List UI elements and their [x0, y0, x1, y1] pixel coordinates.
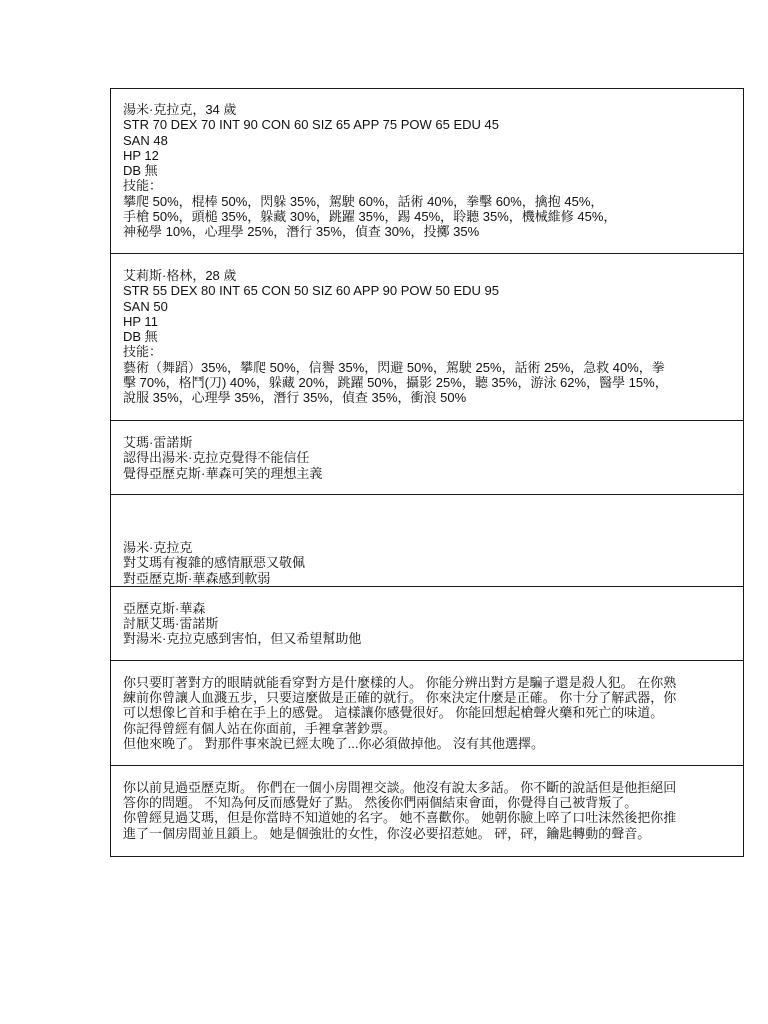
table-row-emma-relations: 艾瑪·雷諾斯 認得出湯米·克拉克覺得不能信任 覺得亞歷克斯·華森可笑的理想主義 [111, 421, 744, 495]
table-cell: 艾莉斯·格林，28 歲 STR 55 DEX 80 INT 65 CON 50 … [111, 254, 744, 421]
relation-line: 對湯米·克拉克感到害怕，但又希望幫助他 [123, 631, 731, 646]
backstory-line: 可以想像匕首和手槍在手上的感覺。 這樣讓你感覺很好。 你能回想起槍聲火藥和死亡的… [123, 705, 731, 720]
skills-line: 說服 35%，心理學 35%，潛行 35%，偵查 35%，衝浪 50% [123, 390, 731, 405]
character-name-age: 湯米·克拉克，34 歲 [123, 102, 731, 117]
cell-content: 你只要盯著對方的眼睛就能看穿對方是什麼樣的人。 你能分辨出對方是騙子還是殺人犯。… [123, 661, 731, 751]
character-name-age: 艾莉斯·格林，28 歲 [123, 268, 731, 283]
table-row-alex-relations: 亞歷克斯·華森 討厭艾瑪·雷諾斯 對湯米·克拉克感到害怕，但又希望幫助他 [111, 586, 744, 660]
backstory-line: 你只要盯著對方的眼睛就能看穿對方是什麼樣的人。 你能分辨出對方是騙子還是殺人犯。… [123, 675, 731, 690]
skills-line: 手槍 50%，頭槌 35%，躲藏 30%，跳躍 35%，踢 45%，聆聽 35%… [123, 209, 731, 224]
relation-character-name: 湯米·克拉克 [123, 540, 731, 555]
skills-line: 神秘學 10%，心理學 25%，潛行 35%，偵查 30%，投擲 35% [123, 224, 731, 239]
skills-heading: 技能： [123, 344, 731, 359]
backstory-line: 你曾經見過艾瑪，但是你當時不知道她的名字。 她不喜歡你。 她朝你臉上啐了口吐沫然… [123, 810, 731, 825]
table-row-tommy-stats: 湯米·克拉克，34 歲 STR 70 DEX 70 INT 90 CON 60 … [111, 89, 744, 254]
table-row-tommy-relations: 湯米·克拉克 對艾瑪有複雜的感情厭惡又敬佩 對亞歷克斯·華森感到軟弱 [111, 495, 744, 587]
table-cell: 湯米·克拉克，34 歲 STR 70 DEX 70 INT 90 CON 60 … [111, 89, 744, 254]
damage-bonus-line: DB 無 [123, 329, 731, 344]
relation-line: 對亞歷克斯·華森感到軟弱 [123, 571, 731, 586]
document-page: 湯米·克拉克，34 歲 STR 70 DEX 70 INT 90 CON 60 … [0, 0, 768, 1024]
relation-line: 討厭艾瑪·雷諾斯 [123, 616, 731, 631]
hit-points-line: HP 12 [123, 148, 731, 163]
relation-line: 覺得亞歷克斯·華森可笑的理想主義 [123, 466, 731, 481]
skills-heading: 技能： [123, 178, 731, 193]
table-cell: 艾瑪·雷諾斯 認得出湯米·克拉克覺得不能信任 覺得亞歷克斯·華森可笑的理想主義 [111, 421, 744, 495]
damage-bonus-line: DB 無 [123, 163, 731, 178]
characteristics-line: STR 55 DEX 80 INT 65 CON 50 SIZ 60 APP 9… [123, 283, 731, 298]
relation-character-name: 艾瑪·雷諾斯 [123, 435, 731, 450]
table-row-alice-stats: 艾莉斯·格林，28 歲 STR 55 DEX 80 INT 65 CON 50 … [111, 254, 744, 421]
sanity-line: SAN 50 [123, 299, 731, 314]
backstory-line: 你記得曾經有個人站在你面前，手裡拿著鈔票。 [123, 721, 731, 736]
table-cell: 亞歷克斯·華森 討厭艾瑪·雷諾斯 對湯米·克拉克感到害怕，但又希望幫助他 [111, 586, 744, 660]
relation-line: 認得出湯米·克拉克覺得不能信任 [123, 450, 731, 465]
table-cell: 湯米·克拉克 對艾瑪有複雜的感情厭惡又敬佩 對亞歷克斯·華森感到軟弱 [111, 495, 744, 587]
skills-line: 攀爬 50%，棍棒 50%，閃躲 35%，駕駛 60%，話術 40%，拳擊 60… [123, 194, 731, 209]
cell-content: 艾莉斯·格林，28 歲 STR 55 DEX 80 INT 65 CON 50 … [123, 254, 731, 406]
table-row-backstory-encounters: 你以前見過亞歷克斯。 你們在一個小房間裡交談。他沒有說太多話。 你不斷的說話但是… [111, 765, 744, 856]
table-cell: 你以前見過亞歷克斯。 你們在一個小房間裡交談。他沒有說太多話。 你不斷的說話但是… [111, 765, 744, 856]
backstory-line: 但他來晚了。 對那件事來說已經太晚了...你必須做掉他。 沒有其他選擇。 [123, 736, 731, 751]
relation-line: 對艾瑪有複雜的感情厭惡又敬佩 [123, 555, 731, 570]
backstory-line: 練前你曾讓人血濺五步，只要這麼做是正確的就行。 你來決定什麼是正確。 你十分了解… [123, 690, 731, 705]
sanity-line: SAN 48 [123, 133, 731, 148]
cell-content: 你以前見過亞歷克斯。 你們在一個小房間裡交談。他沒有說太多話。 你不斷的說話但是… [123, 766, 731, 841]
cell-content: 亞歷克斯·華森 討厭艾瑪·雷諾斯 對湯米·克拉克感到害怕，但又希望幫助他 [123, 587, 731, 647]
characteristics-line: STR 70 DEX 70 INT 90 CON 60 SIZ 65 APP 7… [123, 117, 731, 132]
table-row-backstory-tommy: 你只要盯著對方的眼睛就能看穿對方是什麼樣的人。 你能分辨出對方是騙子還是殺人犯。… [111, 660, 744, 765]
backstory-line: 你以前見過亞歷克斯。 你們在一個小房間裡交談。他沒有說太多話。 你不斷的說話但是… [123, 780, 731, 795]
hit-points-line: HP 11 [123, 314, 731, 329]
table-cell: 你只要盯著對方的眼睛就能看穿對方是什麼樣的人。 你能分辨出對方是騙子還是殺人犯。… [111, 660, 744, 765]
cell-content: 湯米·克拉克，34 歲 STR 70 DEX 70 INT 90 CON 60 … [123, 89, 731, 240]
cell-content: 艾瑪·雷諾斯 認得出湯米·克拉克覺得不能信任 覺得亞歷克斯·華森可笑的理想主義 [123, 421, 731, 481]
relation-character-name: 亞歷克斯·華森 [123, 601, 731, 616]
cell-content: 湯米·克拉克 對艾瑪有複雜的感情厭惡又敬佩 對亞歷克斯·華森感到軟弱 [123, 495, 731, 586]
skills-line: 藝術（舞蹈）35%，攀爬 50%，信譽 35%，閃避 50%，駕駛 25%，話術… [123, 360, 731, 375]
backstory-line: 進了一個房間並且鎖上。 她是個強壯的女性，你沒必要招惹她。 砰，砰，鑰匙轉動的聲… [123, 826, 731, 841]
character-sheet-table: 湯米·克拉克，34 歲 STR 70 DEX 70 INT 90 CON 60 … [110, 88, 744, 857]
backstory-line: 答你的問題。 不知為何反而感覺好了點。 然後你們兩個結束會面，你覺得自己被背叛了… [123, 795, 731, 810]
skills-line: 擊 70%，格鬥(刀) 40%，躲藏 20%，跳躍 50%，攝影 25%，聽 3… [123, 375, 731, 390]
